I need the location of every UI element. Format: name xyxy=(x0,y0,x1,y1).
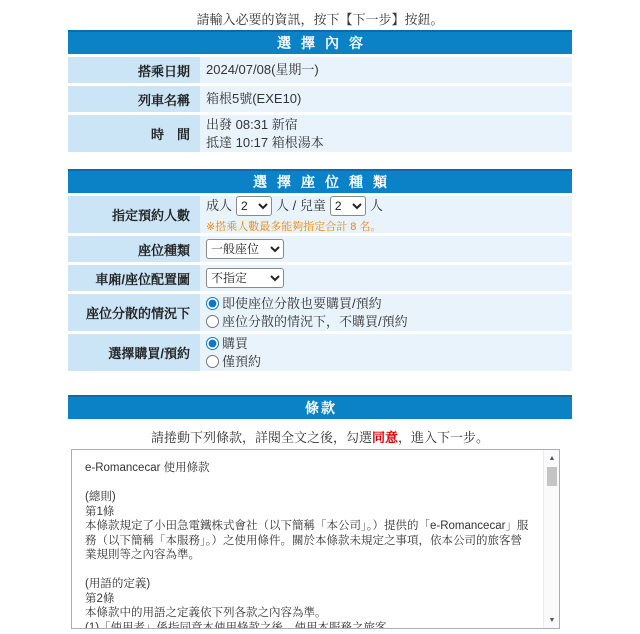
table-row: 列車名稱 箱根5號(EXE10) xyxy=(68,86,572,112)
terms-instruction-before: 請捲動下列條款，詳閱全文之後，勾選 xyxy=(151,430,372,445)
time-label: 時 間 xyxy=(68,115,200,152)
terms-instruction-after: ，進入下一步。 xyxy=(398,430,489,445)
table-row: 車廂/座位配置圖 不指定 xyxy=(68,265,572,291)
scattered-option-nobuy-radio[interactable] xyxy=(206,315,219,328)
seat-selection-title: 選擇座位種類 xyxy=(68,169,572,193)
passenger-count-label: 指定預約人數 xyxy=(68,196,200,233)
terms-line: (用語的定義) xyxy=(85,577,533,592)
car-layout-select[interactable]: 不指定 xyxy=(206,268,284,288)
terms-section: 條款 xyxy=(68,395,572,419)
table-row: 座位種類 一般座位 xyxy=(68,236,572,262)
spacer xyxy=(0,152,640,169)
child-unit: 人 xyxy=(370,198,383,213)
terms-line: 第2條 xyxy=(85,592,533,607)
page-instruction: 請輸入必要的資訊，按下【下一步】按鈕。 xyxy=(0,0,640,30)
table-row: 時 間 出發 08:31 新宿 抵達 10:17 箱根湯本 xyxy=(68,115,572,152)
terms-title: 條款 xyxy=(68,395,572,419)
spacer xyxy=(0,371,640,395)
boarding-date-text: 2024/07/08(星期一) xyxy=(206,61,572,79)
terms-line: (1)「使用者」係指同意本使用條款之後，使用本服務之旅客。 xyxy=(85,621,533,630)
seat-type-label: 座位種類 xyxy=(68,236,200,262)
seat-type-control: 一般座位 xyxy=(206,239,572,259)
scroll-down-icon[interactable]: ▼ xyxy=(544,613,560,627)
adult-label: 成人 xyxy=(206,198,232,213)
terms-instruction: 請捲動下列條款，詳閱全文之後，勾選同意，進入下一步。 xyxy=(0,427,640,443)
purchase-mode-label: 選擇購買/預約 xyxy=(68,334,200,371)
selection-content-title: 選擇內容 xyxy=(68,30,572,54)
terms-line: 第1條 xyxy=(85,505,533,520)
train-name-value: 箱根5號(EXE10) xyxy=(200,86,572,112)
table-row: 選擇購買/預約 購買 僅預約 xyxy=(68,334,572,371)
scattered-option-buy-radio[interactable] xyxy=(206,297,219,310)
terms-line: 本條款規定了小田急電鐵株式會社（以下簡稱「本公司」。）提供的「e-Romance… xyxy=(85,519,533,563)
terms-line: (總則) xyxy=(85,490,533,505)
purchase-option-buy[interactable]: 購買 xyxy=(206,335,572,353)
table-row: 搭乘日期 2024/07/08(星期一) xyxy=(68,57,572,83)
seat-selection-table: 選擇座位種類 指定預約人數 成人2人 / 兒童2人 ※搭乘人數最多能夠指定合計 … xyxy=(68,169,572,371)
terms-scrollbar[interactable]: ▲ ▼ xyxy=(543,450,559,628)
passenger-count-controls: 成人2人 / 兒童2人 xyxy=(206,196,572,216)
purchase-option-reserve-radio[interactable] xyxy=(206,355,219,368)
selection-content-table: 選擇內容 搭乘日期 2024/07/08(星期一) 列車名稱 箱根5號(EXE1… xyxy=(68,30,572,152)
train-name-label: 列車名稱 xyxy=(68,86,200,112)
scroll-up-icon[interactable]: ▲ xyxy=(544,451,560,465)
passenger-count-value: 成人2人 / 兒童2人 ※搭乘人數最多能夠指定合計 8 名。 xyxy=(200,196,572,233)
adult-count-select[interactable]: 2 xyxy=(236,196,272,216)
terms-line: e-Romancecar 使用條款 xyxy=(85,461,533,476)
boarding-date-value: 2024/07/08(星期一) xyxy=(200,57,572,83)
car-layout-label: 車廂/座位配置圖 xyxy=(68,265,200,291)
car-layout-control: 不指定 xyxy=(206,268,572,288)
arrival-text: 抵達 10:17 箱根湯本 xyxy=(206,134,572,152)
purchase-option-reserve[interactable]: 僅預約 xyxy=(206,353,572,371)
train-name-text: 箱根5號(EXE10) xyxy=(206,90,572,108)
scattered-option-nobuy-label: 座位分散的情況下，不購買/預約 xyxy=(222,313,408,331)
scattered-option-buy[interactable]: 即使座位分散也要購買/預約 xyxy=(206,295,572,313)
terms-content: e-Romancecar 使用條款 (總則) 第1條 本條款規定了小田急電鐵株式… xyxy=(72,450,559,629)
time-value: 出發 08:31 新宿 抵達 10:17 箱根湯本 xyxy=(200,115,572,152)
terms-line: 本條款中的用語之定義依下列各款之內容為準。 xyxy=(85,606,533,621)
terms-textbox[interactable]: e-Romancecar 使用條款 (總則) 第1條 本條款規定了小田急電鐵株式… xyxy=(71,449,560,629)
terms-line xyxy=(85,476,533,491)
passenger-limit-note: ※搭乘人數最多能夠指定合計 8 名。 xyxy=(206,218,572,234)
table-row: 指定預約人數 成人2人 / 兒童2人 ※搭乘人數最多能夠指定合計 8 名。 xyxy=(68,196,572,233)
purchase-option-reserve-label: 僅預約 xyxy=(222,353,261,371)
departure-text: 出發 08:31 新宿 xyxy=(206,116,572,134)
scattered-seats-value: 即使座位分散也要購買/預約 座位分散的情況下，不購買/預約 xyxy=(200,294,572,331)
agree-highlight: 同意 xyxy=(372,430,398,445)
scattered-option-nobuy[interactable]: 座位分散的情況下，不購買/預約 xyxy=(206,313,572,331)
purchase-option-buy-label: 購買 xyxy=(222,335,248,353)
seat-type-select[interactable]: 一般座位 xyxy=(206,239,284,259)
adult-unit: 人 / xyxy=(276,198,296,213)
car-layout-value: 不指定 xyxy=(200,265,572,291)
child-label: 兒童 xyxy=(300,198,326,213)
purchase-option-buy-radio[interactable] xyxy=(206,337,219,350)
scattered-seats-label: 座位分散的情況下 xyxy=(68,294,200,331)
table-row: 座位分散的情況下 即使座位分散也要購買/預約 座位分散的情況下，不購買/預約 xyxy=(68,294,572,331)
scattered-option-buy-label: 即使座位分散也要購買/預約 xyxy=(222,295,382,313)
scrollbar-thumb[interactable] xyxy=(547,467,557,486)
boarding-date-label: 搭乘日期 xyxy=(68,57,200,83)
reservation-page: 請輸入必要的資訊，按下【下一步】按鈕。 選擇內容 搭乘日期 2024/07/08… xyxy=(0,0,640,634)
seat-type-value: 一般座位 xyxy=(200,236,572,262)
terms-line xyxy=(85,563,533,578)
purchase-mode-value: 購買 僅預約 xyxy=(200,334,572,371)
child-count-select[interactable]: 2 xyxy=(330,196,366,216)
